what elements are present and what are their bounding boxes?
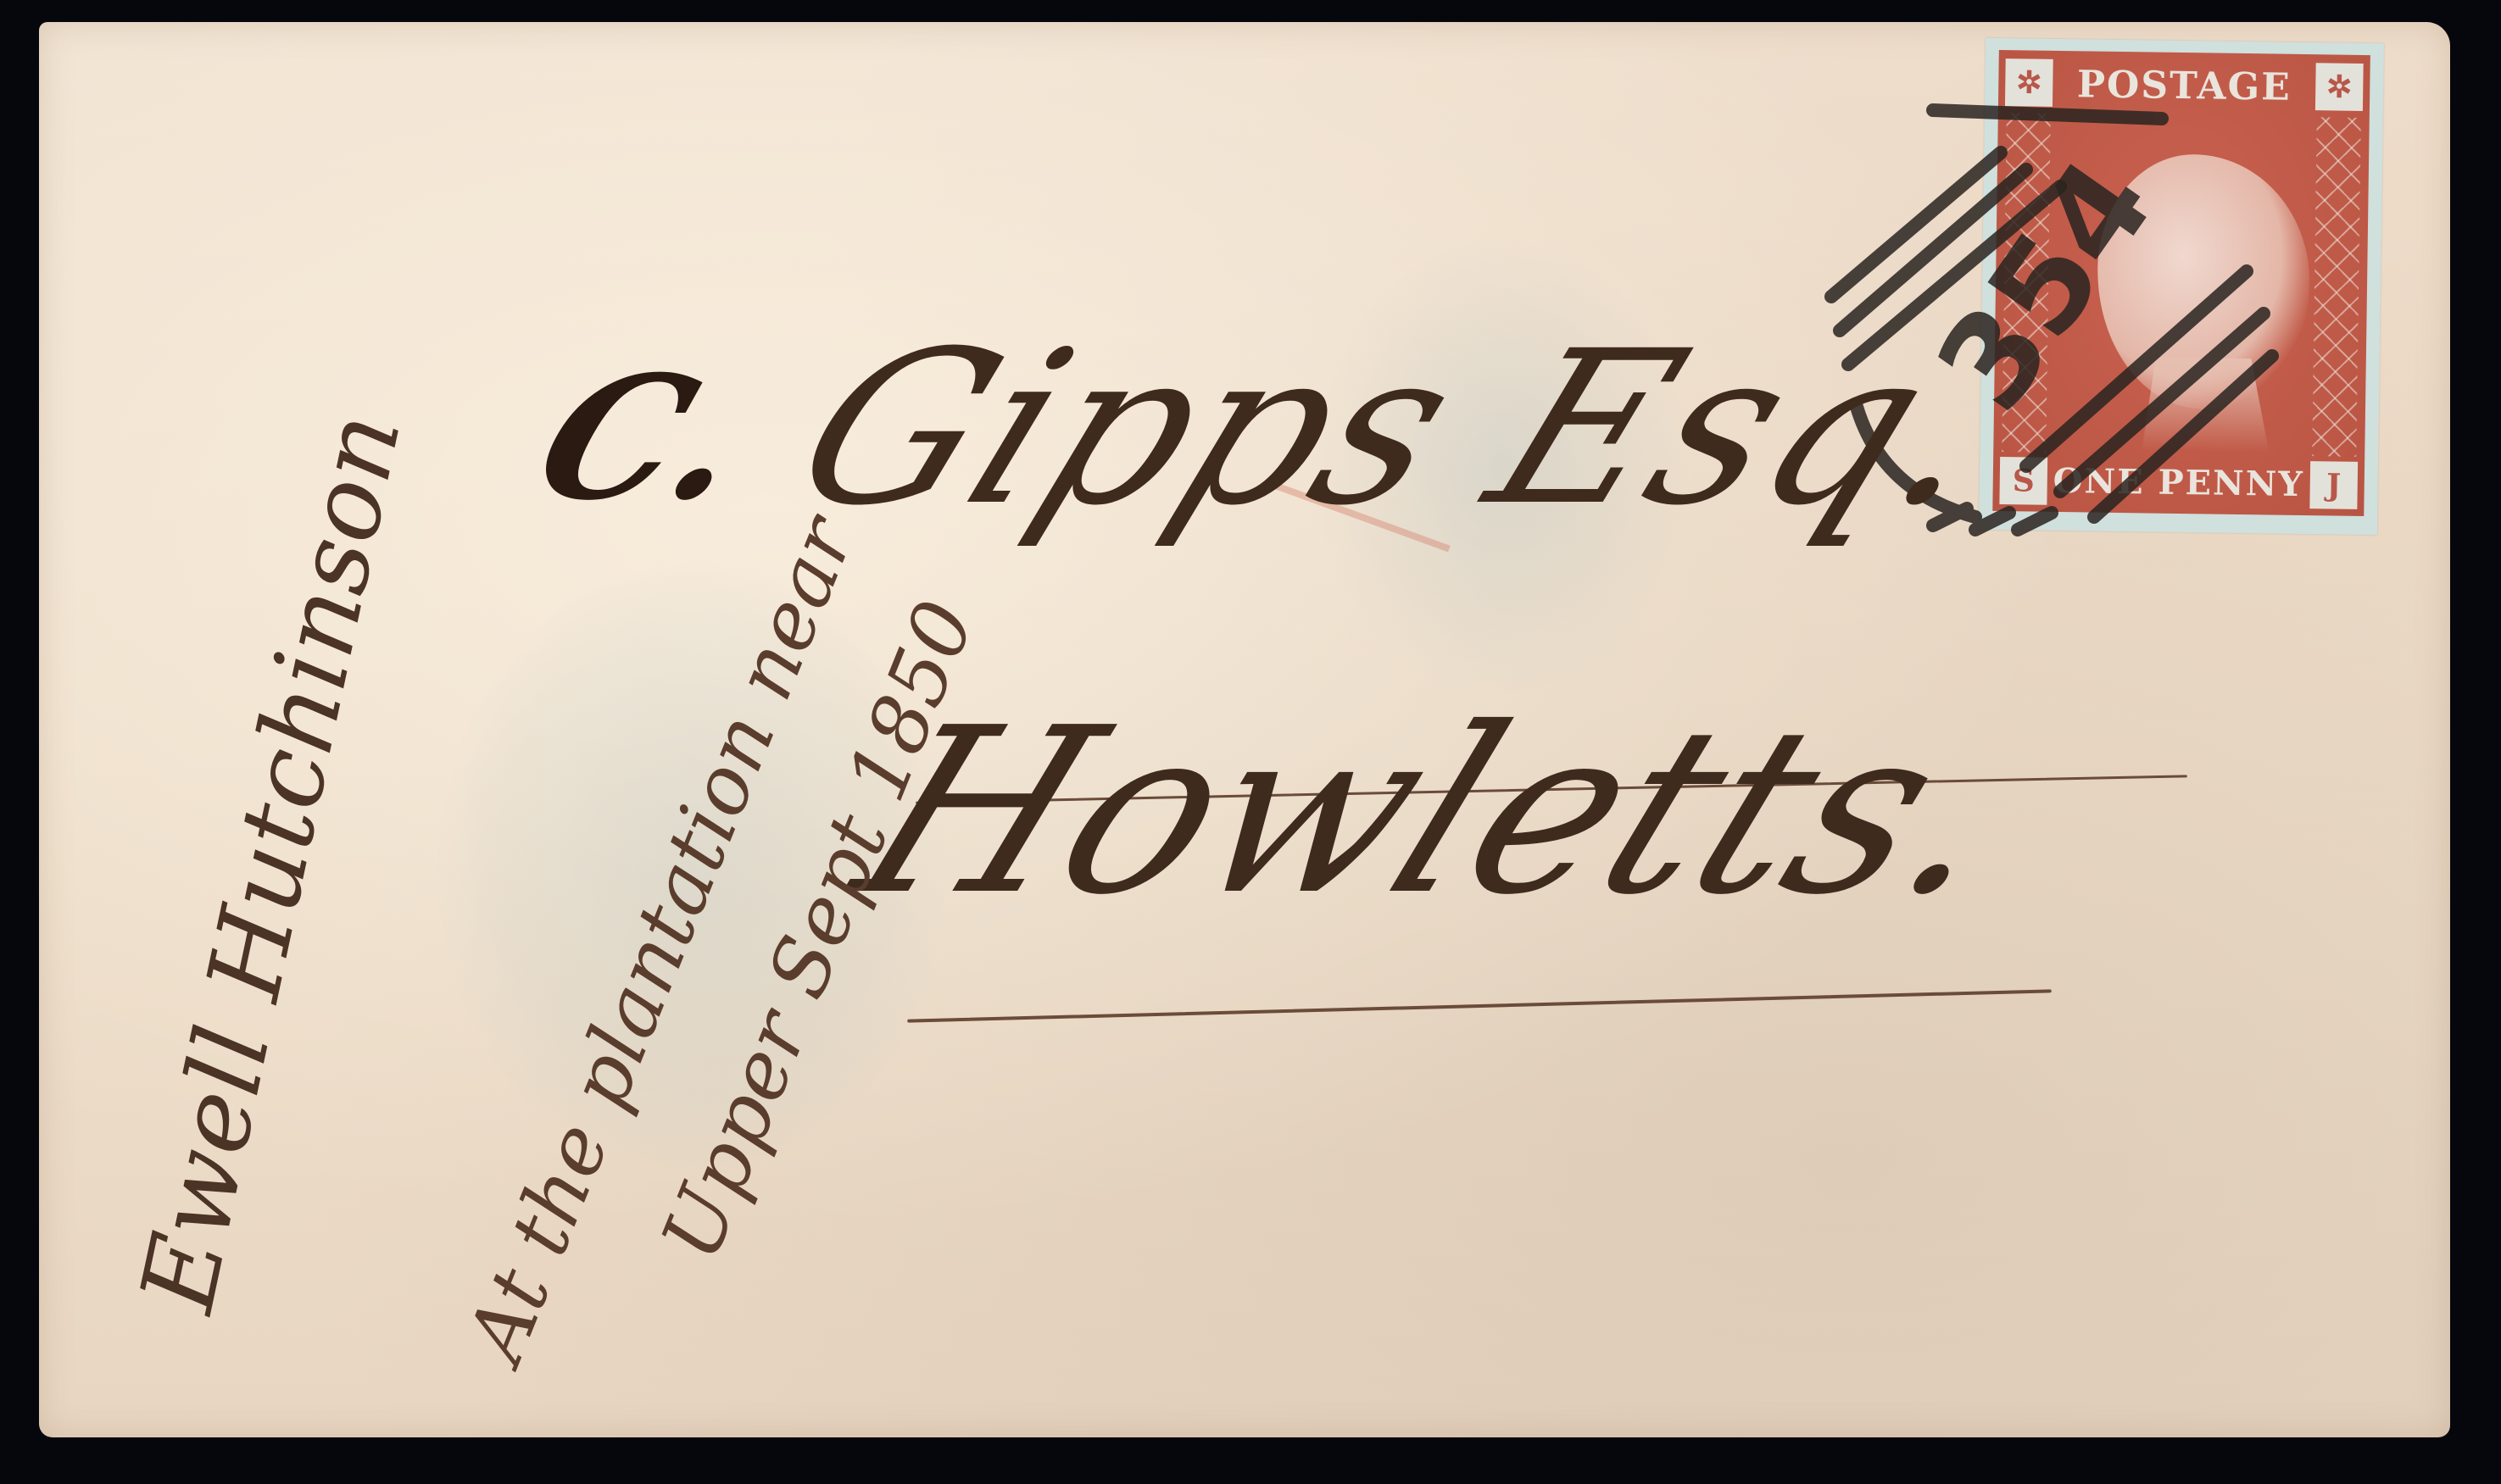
stamp-corner-letter-right: J [2309, 461, 2358, 509]
stamp-design: ✲ ✲ S J POSTAGE ONE PENNY [1992, 50, 2370, 516]
addressee-name: Gipps Esq. [765, 305, 2032, 552]
stamp-side-pattern [2002, 113, 2051, 453]
stamp-side-pattern [2312, 117, 2361, 457]
stamp-top-label: POSTAGE [2058, 59, 2311, 114]
stamp-corner-ornament-icon: ✲ [2315, 63, 2364, 111]
stamp-value-label: ONE PENNY [2052, 458, 2305, 509]
address-place: Howletts. [825, 678, 2049, 945]
stamp-corner-letter-left: S [1999, 457, 2047, 505]
queen-portrait-neck [2142, 357, 2270, 452]
postage-stamp: ✲ ✲ S J POSTAGE ONE PENNY [1979, 38, 2384, 536]
stamp-corner-ornament-icon: ✲ [2005, 58, 2053, 107]
